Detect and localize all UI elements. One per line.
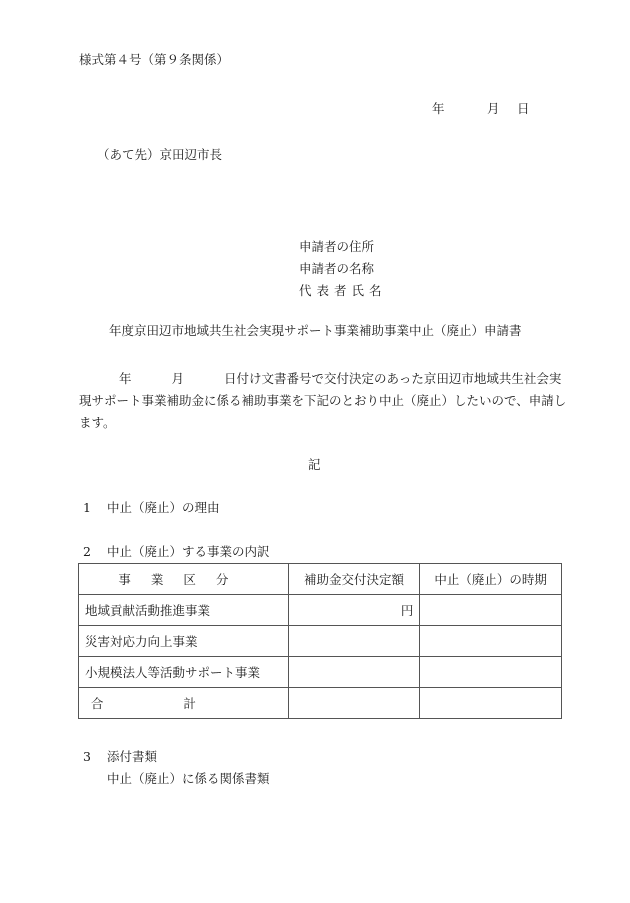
section-number: 2	[83, 546, 107, 559]
table-row: 小規模法人等活動サポート事業	[79, 657, 562, 688]
section-1: 1中止（廃止）の理由	[83, 502, 220, 515]
applicant-address-label: 申請者の住所	[299, 236, 387, 258]
table-row: 災害対応力向上事業	[79, 626, 562, 657]
table-row: 地域貢献活動推進事業 円	[79, 595, 562, 626]
addressee: （あて先）京田辺市長	[97, 149, 222, 162]
table-header-row: 事業区分 補助金交付決定額 中止（廃止）の時期	[79, 564, 562, 595]
section-number: 3	[83, 751, 107, 764]
attachment-item: 中止（廃止）に係る関係書類	[107, 773, 270, 786]
header-amount: 補助金交付決定額	[288, 564, 420, 595]
section-3: 3添付書類	[83, 751, 157, 764]
form-number: 様式第４号（第９条関係）	[79, 54, 229, 67]
section-label: 中止（廃止）する事業の内訳	[107, 544, 270, 559]
cell-amount[interactable]	[288, 626, 420, 657]
cell-amount[interactable]: 円	[288, 595, 420, 626]
date-line: 年月日	[432, 103, 530, 116]
document-title: 年度京田辺市地域共生社会実現サポート事業補助事業中止（廃止）申請書	[109, 325, 522, 338]
body-year: 年	[119, 371, 132, 386]
applicant-block: 申請者の住所 申請者の名称 代表者氏名	[299, 236, 387, 302]
body-paragraph: 年月日付け文書番号で交付決定のあった京田辺市地域共生社会実現サポート事業補助金に…	[79, 368, 569, 434]
body-month: 月	[172, 371, 185, 386]
section-number: 1	[83, 502, 107, 515]
applicant-name-label: 申請者の名称	[299, 258, 387, 280]
breakdown-table: 事業区分 補助金交付決定額 中止（廃止）の時期 地域貢献活動推進事業 円 災害対…	[78, 563, 562, 719]
header-category: 事業区分	[79, 564, 289, 595]
date-year: 年	[432, 103, 487, 116]
cell-category: 災害対応力向上事業	[79, 626, 289, 657]
cell-total-amount[interactable]	[288, 688, 420, 719]
date-month: 月	[487, 103, 517, 116]
ki-heading: 記	[308, 459, 321, 472]
cell-amount[interactable]	[288, 657, 420, 688]
cell-category: 地域貢献活動推進事業	[79, 595, 289, 626]
date-day: 日	[517, 103, 530, 116]
table-total-row: 合計	[79, 688, 562, 719]
header-period: 中止（廃止）の時期	[420, 564, 562, 595]
cell-total-label: 合計	[79, 688, 289, 719]
cell-category: 小規模法人等活動サポート事業	[79, 657, 289, 688]
cell-period[interactable]	[420, 595, 562, 626]
section-2: 2中止（廃止）する事業の内訳	[83, 546, 270, 559]
section-label: 添付書類	[107, 749, 157, 764]
cell-total-period[interactable]	[420, 688, 562, 719]
cell-period[interactable]	[420, 626, 562, 657]
section-label: 中止（廃止）の理由	[107, 500, 220, 515]
representative-label: 代表者氏名	[299, 280, 387, 302]
cell-period[interactable]	[420, 657, 562, 688]
body-text: 日付け文書番号で交付決定のあった京田辺市地域共生社会実現サポート事業補助金に係る…	[79, 371, 566, 430]
